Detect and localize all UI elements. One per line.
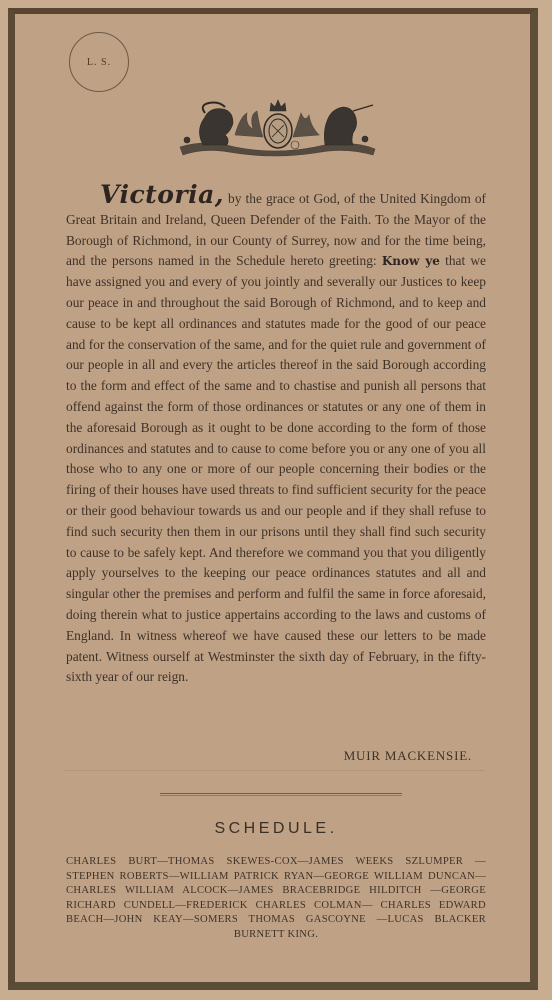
section-divider <box>160 793 402 796</box>
faint-bleed-through-line <box>65 770 485 772</box>
know-ye-phrase: Know ye <box>382 254 440 268</box>
seal-circle: L. S. <box>69 32 129 92</box>
signature: MUIR MACKENSIE. <box>344 748 472 764</box>
proclamation-text: Victoria, by the grace ot God, of the Un… <box>66 184 486 688</box>
royal-coat-of-arms-icon <box>175 95 380 160</box>
schedule-heading: SCHEDULE. <box>0 820 552 838</box>
proclamation-body: that we have assigned you and every of y… <box>66 253 486 684</box>
seal-label: L. S. <box>87 57 111 68</box>
schedule-names-list: CHARLES BURT—THOMAS SKEWES-COX—JAMES WEE… <box>66 855 486 943</box>
opening-word-victoria: Victoria, <box>100 180 224 209</box>
